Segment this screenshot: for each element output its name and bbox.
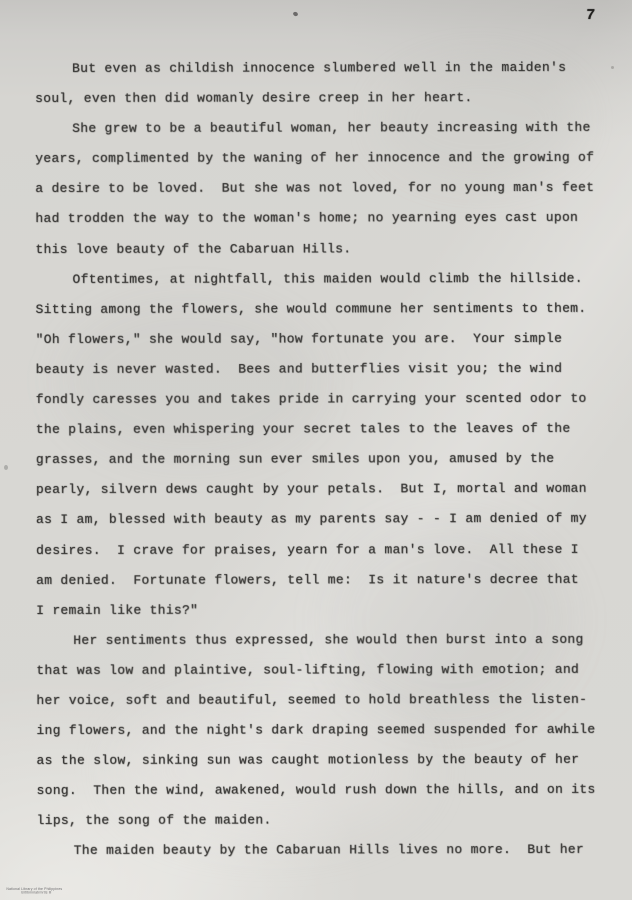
text-line: her voice, soft and beautiful, seemed to… [36, 685, 614, 716]
text-line: that was low and plaintive, soul-lifting… [36, 655, 614, 686]
text-line: Sitting among the flowers, she would com… [36, 294, 614, 325]
text-line: pearly, silvern dews caught by your peta… [36, 474, 614, 505]
text-line: lips, the song of the maiden. [37, 805, 615, 836]
text-line: am denied. Fortunate flowers, tell me: I… [36, 564, 614, 595]
scan-speck [292, 11, 298, 17]
text-line: a desire to be loved. But she was not lo… [35, 173, 613, 204]
text-line: Her sentiments thus expressed, she would… [36, 625, 614, 656]
text-line: as I am, blessed with beauty as my paren… [36, 504, 614, 535]
text-line: as the slow, sinking sun was caught moti… [36, 745, 614, 776]
text-line: years, complimented by the waning of her… [35, 143, 613, 174]
manuscript-body: But even as childish innocence slumbered… [35, 53, 615, 867]
text-line: But even as childish innocence slumbered… [35, 53, 613, 84]
digitization-footer: National Library of the Philippines Brtl… [2, 884, 62, 898]
text-line: "Oh flowers," she would say, "how fortun… [36, 324, 614, 355]
footer-code-label: Brtlbmnlatrmrtls lll [21, 891, 51, 894]
text-line: fondly caresses you and takes pride in c… [36, 384, 614, 415]
text-line: soul, even then did womanly desire creep… [35, 83, 613, 114]
scanned-manuscript-page: 7 But even as childish innocence slumber… [0, 0, 632, 900]
text-line: beauty is never wasted. Bees and butterf… [36, 354, 614, 385]
text-line: this love beauty of the Cabaruan Hills. [35, 233, 613, 264]
text-line: Oftentimes, at nightfall, this maiden wo… [35, 263, 613, 294]
text-line: She grew to be a beautiful woman, her be… [35, 113, 613, 144]
page-number: 7 [585, 7, 595, 24]
scan-speck [4, 465, 8, 470]
text-line: song. Then the wind, awakened, would rus… [37, 775, 615, 806]
text-line: grasses, and the morning sun ever smiles… [36, 444, 614, 475]
text-line: desires. I crave for praises, yearn for … [36, 534, 614, 565]
text-line: The maiden beauty by the Cabaruan Hills … [37, 835, 615, 866]
text-line: the plains, even whispering your secret … [36, 414, 614, 445]
text-line: I remain like this?" [36, 594, 614, 625]
text-line: had trodden the way to the woman's home;… [35, 203, 613, 234]
text-line: ing flowers, and the night's dark drapin… [36, 715, 614, 746]
